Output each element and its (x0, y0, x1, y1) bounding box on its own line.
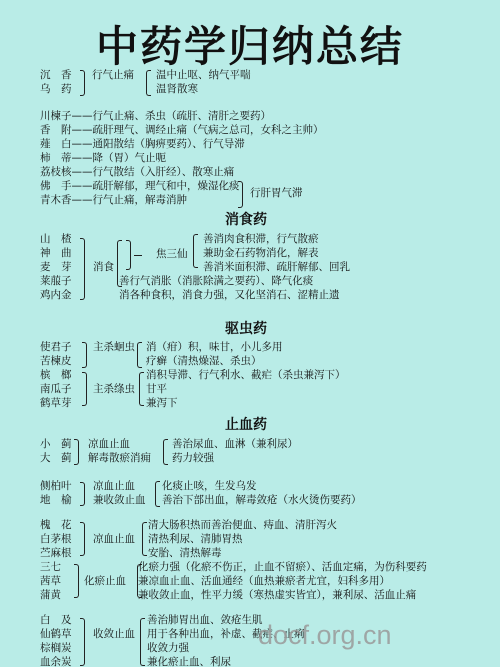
effect: 善治肺胃出血、敛疮生肌 (147, 614, 263, 627)
effect: 兼凉血止血、活血通经（血热兼瘀者尤宜，妇科多用） (138, 575, 390, 588)
section-heading: 驱虫药 (225, 318, 267, 338)
effect: 善消米面积滞、疏肝解郁、回乳 (203, 261, 350, 274)
sub-group-label: 焦三仙 (156, 248, 188, 261)
herb: 侧柏叶 (40, 480, 72, 493)
herb: 沉 香 (40, 69, 72, 82)
herb-line: 薤 白——通阳散结（胸痹要药）、行气导滞 (40, 138, 245, 151)
bracket-icon (80, 70, 85, 96)
bracket-icon (155, 481, 160, 507)
bracket-icon (74, 564, 79, 598)
herb: 血余炭 (40, 656, 72, 667)
bracket-icon (163, 439, 168, 465)
common-effect: 行气止痛 (92, 69, 134, 82)
herb: 乌 药 (40, 83, 72, 96)
effect: 善治下部出血，解毒敛疮（水火烫伤要药） (162, 494, 362, 507)
bracket-icon (82, 342, 87, 368)
herb: 小 蓟 (40, 438, 72, 451)
herb: 蒲黄 (40, 589, 61, 602)
herb: 白茅根 (40, 533, 72, 546)
bracket-icon (193, 234, 198, 268)
effect: 兼助金石药物消化，解表 (203, 247, 319, 260)
herb-line: 柿 蒂——降（胃）气止呃 (40, 152, 166, 165)
effect: 兼化瘀止血、利尿 (147, 656, 231, 667)
effect: 温肾散寒 (156, 83, 198, 96)
effect: 消积导滞、行气利水、截疟（杀虫兼泻下） (146, 369, 346, 382)
herb: 三七 (40, 561, 61, 574)
herb-line: 青木香——行气止痛，解毒消肿 (40, 194, 187, 207)
effect: 温中止呕、纳气平喘 (156, 69, 251, 82)
effect: 甘平 (146, 383, 167, 396)
effect: 善治尿血、血淋（兼利尿） (172, 438, 298, 451)
section-heading: 消食药 (225, 209, 267, 229)
common-effect: 解毒散瘀消痈 (88, 452, 151, 465)
bracket-icon (126, 240, 131, 270)
bracket-icon (80, 522, 85, 556)
bracket-icon (80, 238, 85, 300)
bracket-icon (139, 372, 144, 406)
herb: 苎麻根 (40, 547, 72, 560)
herb-line: 香 附——疏肝理气、调经止痛（气病之总司，女科之主帅） (40, 124, 324, 137)
effect: 善消肉食积滞，行气散瘀 (203, 233, 319, 246)
herb: 麦 芽 (40, 261, 72, 274)
herb: 棕榈炭 (40, 642, 72, 655)
effect: 善行气消胀（消胀除满之要药）、降气化痰 (119, 275, 313, 288)
herb: 地 榆 (40, 494, 72, 507)
effect: 清热利尿、清肺胃热 (148, 533, 243, 546)
bracket-icon (80, 482, 85, 506)
effect: 兼收敛止血，性平力缓（寒热虚实皆宜），兼利尿、活血止痛 (138, 589, 416, 602)
herb: 白 及 (40, 614, 72, 627)
bracket-icon (140, 618, 145, 666)
bracket-icon (238, 181, 243, 208)
common-effect: 兼收敛止血 (93, 494, 146, 507)
effect: 消各种食积，消食力强，又化坚消石、涩精止遗 (119, 289, 340, 302)
herb: 山 楂 (40, 233, 72, 246)
herb: 使君子 (40, 341, 72, 354)
effect: 化瘀力强（化瘀不伤正，止血不留瘀）、活血定痛，为伤科要药 (138, 561, 427, 574)
effect: 收敛力强 (147, 642, 189, 655)
effect: 疗癣（清热燥湿、杀虫） (146, 355, 262, 368)
bracket-icon (82, 372, 87, 406)
common-effect: 凉血止血 (93, 533, 135, 546)
herb-line: 川楝子——行气止痛、杀虫（疏肝、清肝之要药） (40, 110, 271, 123)
watermark: docf.org.cn (258, 620, 392, 651)
common-effect: 收敛止血 (93, 628, 135, 641)
bracket-icon (146, 70, 151, 96)
herb: 南瓜子 (40, 383, 72, 396)
herb-line: 荔枝核——行气散结（入肝经）、散寒止痛 (40, 166, 234, 179)
herb: 神 曲 (40, 247, 72, 260)
herb: 大 蓟 (40, 452, 72, 465)
common-effect: 凉血止血 (88, 438, 130, 451)
section-heading: 止血药 (225, 414, 267, 434)
herb: 茜草 (40, 575, 61, 588)
page-title: 中药学归纳总结 (0, 14, 500, 74)
herb: 鹤草芽 (40, 397, 72, 410)
common-effect: 消食 (93, 261, 114, 274)
herb: 槐 花 (40, 519, 72, 532)
effect: 药力较强 (172, 452, 214, 465)
herb: 莱菔子 (40, 275, 72, 288)
bracket-icon (74, 439, 79, 465)
bracket-icon (80, 618, 85, 666)
bracket-icon (142, 522, 147, 556)
common-effect: 化瘀止血 (84, 575, 126, 588)
effect: 化痰止咳，生发乌发 (162, 480, 257, 493)
bracket-icon (137, 342, 142, 368)
connector-line (134, 255, 142, 256)
effect: 清大肠积热而善治便血、痔血、清肝泻火 (148, 519, 337, 532)
bracket-label: 行肝胃气滞 (250, 187, 303, 200)
effect: 兼泻下 (146, 397, 178, 410)
herb: 仙鹤草 (40, 628, 72, 641)
effect: 消（疳）积，味甘，小儿多用 (146, 341, 283, 354)
common-effect: 凉血止血 (93, 480, 135, 493)
herb: 苦楝皮 (40, 355, 72, 368)
herb: 槟 榔 (40, 369, 72, 382)
herb: 鸡内金 (40, 289, 72, 302)
common-effect: 主杀蛔虫 (93, 341, 135, 354)
common-effect: 主杀绦虫 (93, 383, 135, 396)
effect: 安胎、清热解毒 (148, 547, 222, 560)
herb-line: 佛 手——疏肝解郁，理气和中，燥湿化痰 (40, 180, 240, 193)
